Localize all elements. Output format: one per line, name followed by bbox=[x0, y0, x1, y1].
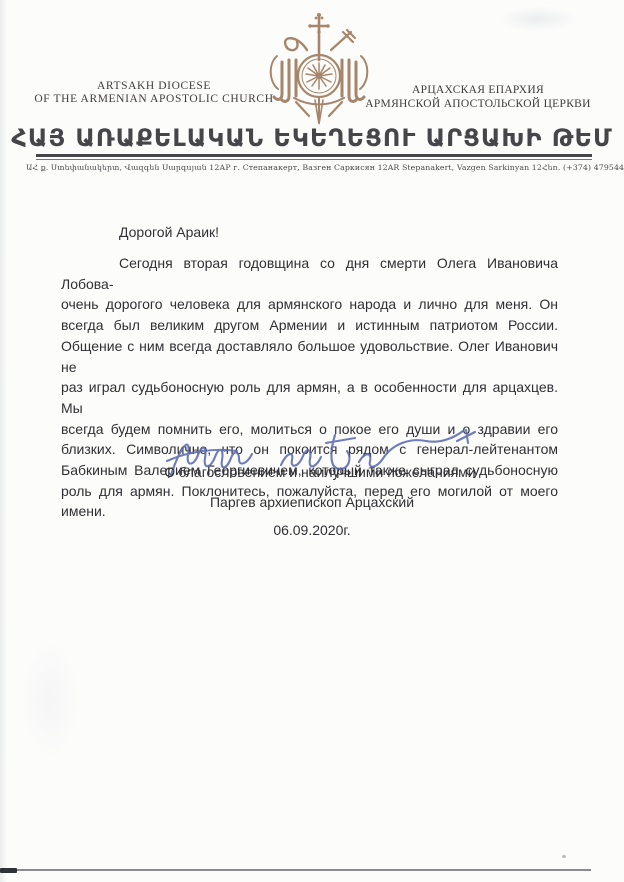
address-line: ԱՀ ք. Ստեփանակերտ, Վազգեն Սարգսյան 12 АР… bbox=[26, 163, 612, 172]
org-name-armenian: ՀԱՅ ԱՌԱՔԵԼԱԿԱՆ ԵԿԵՂԵՑՈՒ ԱՐՑԱԽԻ ԹԵՄ bbox=[0, 124, 624, 152]
signatory-name: Паргев архиепископ Арцахский bbox=[0, 494, 624, 510]
phone-fax: Հեռ. (+374) 47954485, Ֆաքս. (+374) 47964… bbox=[542, 163, 624, 172]
letterhead-rule-thin bbox=[36, 159, 592, 160]
salutation: Дорогой Араик! bbox=[119, 222, 558, 243]
body-text-line: всегда был великим другом Армении и исти… bbox=[61, 315, 558, 336]
body-text-line: раз играл судьбоносную роль для армян, а… bbox=[61, 377, 558, 418]
letter-paragraph: Сегодня вторая годовщина со дня смерти О… bbox=[61, 253, 558, 522]
org-ru-line1: АРЦАХСКАЯ ЕПАРХИЯ bbox=[348, 84, 608, 98]
scan-edge-line bbox=[0, 869, 591, 871]
org-name-english: ARTSAKH DIOCESE OF THE ARMENIAN APOSTOLI… bbox=[20, 80, 288, 106]
address-english: AR Stepanakert, Vazgen Sarkinyan 12 bbox=[388, 163, 542, 172]
body-text-line: Общение с ним всегда доставляло большое … bbox=[61, 336, 558, 377]
org-name-russian: АРЦАХСКАЯ ЕПАРХИЯ АРМЯНСКОЙ АПОСТОЛЬСКОЙ… bbox=[348, 84, 608, 111]
address-armenian: ԱՀ ք. Ստեփանակերտ, Վազգեն Սարգսյան 12 bbox=[26, 163, 219, 172]
org-en-line1: ARTSAKH DIOCESE bbox=[20, 80, 288, 93]
org-ru-line2: АРМЯНСКОЙ АПОСТОЛЬСКОЙ ЦЕРКВИ bbox=[348, 98, 608, 112]
body-text-line: очень дорогого человека для армянского н… bbox=[61, 294, 558, 315]
address-russian: АР г. Степанакерт, Вазген Саркисян 12 bbox=[219, 163, 387, 172]
org-en-line2: OF THE ARMENIAN APOSTOLIC CHURCH bbox=[20, 93, 288, 106]
scanned-letter-page: ARTSAKH DIOCESE OF THE ARMENIAN APOSTOLI… bbox=[0, 0, 624, 882]
letterhead-rule-thick bbox=[36, 154, 592, 157]
scan-corner-mark bbox=[0, 868, 17, 873]
scan-smudge bbox=[20, 640, 80, 760]
closing-blessing: С благословением и наилучшими пожеланиям… bbox=[8, 464, 624, 480]
scan-smudge bbox=[498, 6, 578, 32]
scan-speck bbox=[562, 855, 566, 858]
letter-date: 06.09.2020г. bbox=[0, 522, 624, 538]
body-text-line: Сегодня вторая годовщина со дня смерти О… bbox=[61, 253, 558, 294]
